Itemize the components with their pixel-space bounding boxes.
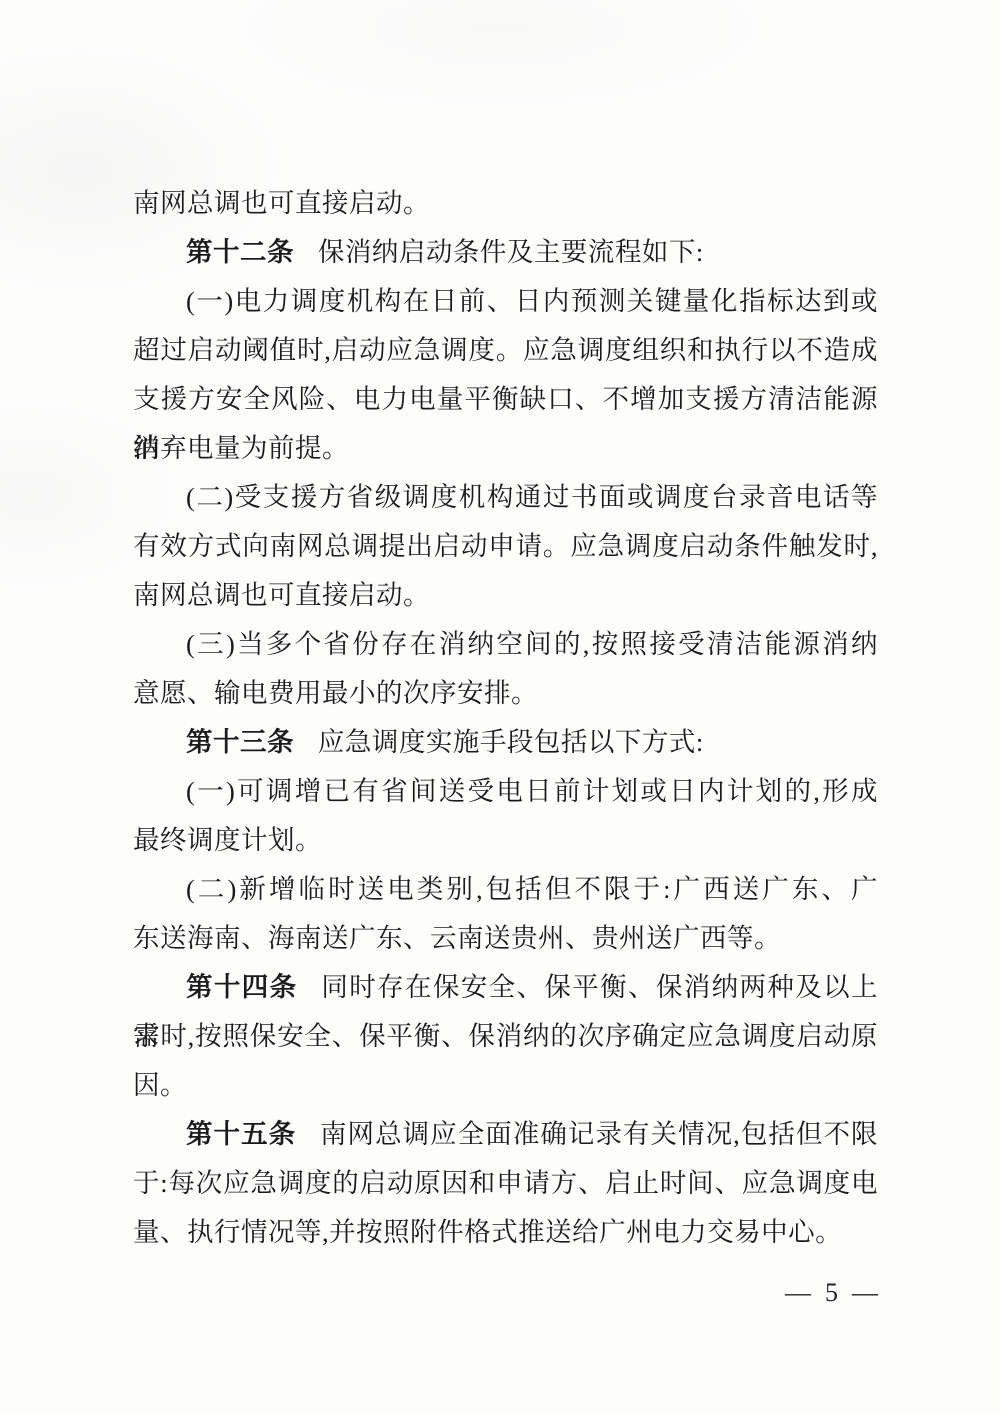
line-text: 纳弃电量为前提。 — [133, 433, 349, 463]
line-text: (二)受支援方省级调度机构通过书面或调度台录音电话等 — [186, 482, 878, 512]
document-body: 南网总调也可直接启动。 第十二条保消纳启动条件及主要流程如下: (一)电力调度机… — [133, 179, 878, 1257]
text-line: 南网总调也可直接启动。 — [133, 571, 878, 620]
text-line: 南网总调也可直接启动。 — [133, 179, 878, 228]
document-page: 南网总调也可直接启动。 第十二条保消纳启动条件及主要流程如下: (一)电力调度机… — [0, 0, 1000, 1414]
line-text: 于:每次应急调度的启动原因和申请方、启止时间、应急调度电 — [133, 1168, 878, 1198]
article-number: 第十五条 — [186, 1119, 296, 1149]
text-line: 最终调度计划。 — [133, 816, 878, 865]
line-text: 应急调度实施手段包括以下方式: — [318, 727, 704, 757]
text-line: (一)可调增已有省间送受电日前计划或日内计划的,形成 — [133, 767, 878, 816]
article-heading-line: 第十二条保消纳启动条件及主要流程如下: — [133, 228, 878, 277]
line-text: (一)可调增已有省间送受电日前计划或日内计划的,形成 — [186, 776, 878, 806]
text-line: (二)受支援方省级调度机构通过书面或调度台录音电话等 — [133, 473, 878, 522]
page-number: 5 — [825, 1268, 838, 1317]
article-number: 第十三条 — [186, 727, 294, 757]
text-line: 求时,按照保安全、保平衡、保消纳的次序确定应急调度启动原 — [133, 1012, 878, 1061]
line-text: 量、执行情况等,并按照附件格式推送给广州电力交易中心。 — [133, 1217, 842, 1247]
line-text: 最终调度计划。 — [133, 825, 322, 855]
line-text: 东送海南、海南送广东、云南送贵州、贵州送广西等。 — [133, 923, 781, 953]
text-line: 于:每次应急调度的启动原因和申请方、启止时间、应急调度电 — [133, 1159, 878, 1208]
footer-dash-right: — — [852, 1268, 878, 1317]
article-heading-line: 第十三条应急调度实施手段包括以下方式: — [133, 718, 878, 767]
line-text: (一)电力调度机构在日前、日内预测关键量化指标达到或 — [186, 286, 878, 316]
line-text: 南网总调也可直接启动。 — [133, 580, 430, 610]
text-line: (一)电力调度机构在日前、日内预测关键量化指标达到或 — [133, 277, 878, 326]
text-line: 因。 — [133, 1061, 878, 1110]
line-text: 有效方式向南网总调提出启动申请。应急调度启动条件触发时, — [133, 531, 878, 561]
line-text: 求时,按照保安全、保平衡、保消纳的次序确定应急调度启动原 — [133, 1021, 878, 1051]
text-line: 东送海南、海南送广东、云南送贵州、贵州送广西等。 — [133, 914, 878, 963]
text-line: (三)当多个省份存在消纳空间的,按照接受清洁能源消纳 — [133, 620, 878, 669]
article-number: 第十四条 — [186, 972, 298, 1002]
line-text: 因。 — [133, 1070, 187, 1100]
article-heading-line: 第十五条南网总调应全面准确记录有关情况,包括但不限 — [133, 1110, 878, 1159]
page-footer: — 5 — — [785, 1268, 878, 1317]
text-line: 纳弃电量为前提。 — [133, 424, 878, 473]
line-text: (二)新增临时送电类别,包括但不限于:广西送广东、广 — [186, 874, 878, 904]
text-line: 支援方安全风险、电力电量平衡缺口、不增加支援方清洁能源消 — [133, 375, 878, 424]
text-line: (二)新增临时送电类别,包括但不限于:广西送广东、广 — [133, 865, 878, 914]
line-text: 意愿、输电费用最小的次序安排。 — [133, 678, 538, 708]
article-heading-line: 第十四条同时存在保安全、保平衡、保消纳两种及以上需 — [133, 963, 878, 1012]
line-text: (三)当多个省份存在消纳空间的,按照接受清洁能源消纳 — [186, 629, 878, 659]
text-line: 超过启动阈值时,启动应急调度。应急调度组织和执行以不造成 — [133, 326, 878, 375]
line-text: 保消纳启动条件及主要流程如下: — [318, 237, 704, 267]
text-line: 量、执行情况等,并按照附件格式推送给广州电力交易中心。 — [133, 1208, 878, 1257]
text-line: 有效方式向南网总调提出启动申请。应急调度启动条件触发时, — [133, 522, 878, 571]
line-text: 南网总调应全面准确记录有关情况,包括但不限 — [320, 1119, 878, 1149]
article-number: 第十二条 — [186, 237, 294, 267]
line-text: 超过启动阈值时,启动应急调度。应急调度组织和执行以不造成 — [133, 335, 878, 365]
text-line: 意愿、输电费用最小的次序安排。 — [133, 669, 878, 718]
line-text: 南网总调也可直接启动。 — [133, 188, 430, 218]
footer-dash-left: — — [785, 1268, 811, 1317]
